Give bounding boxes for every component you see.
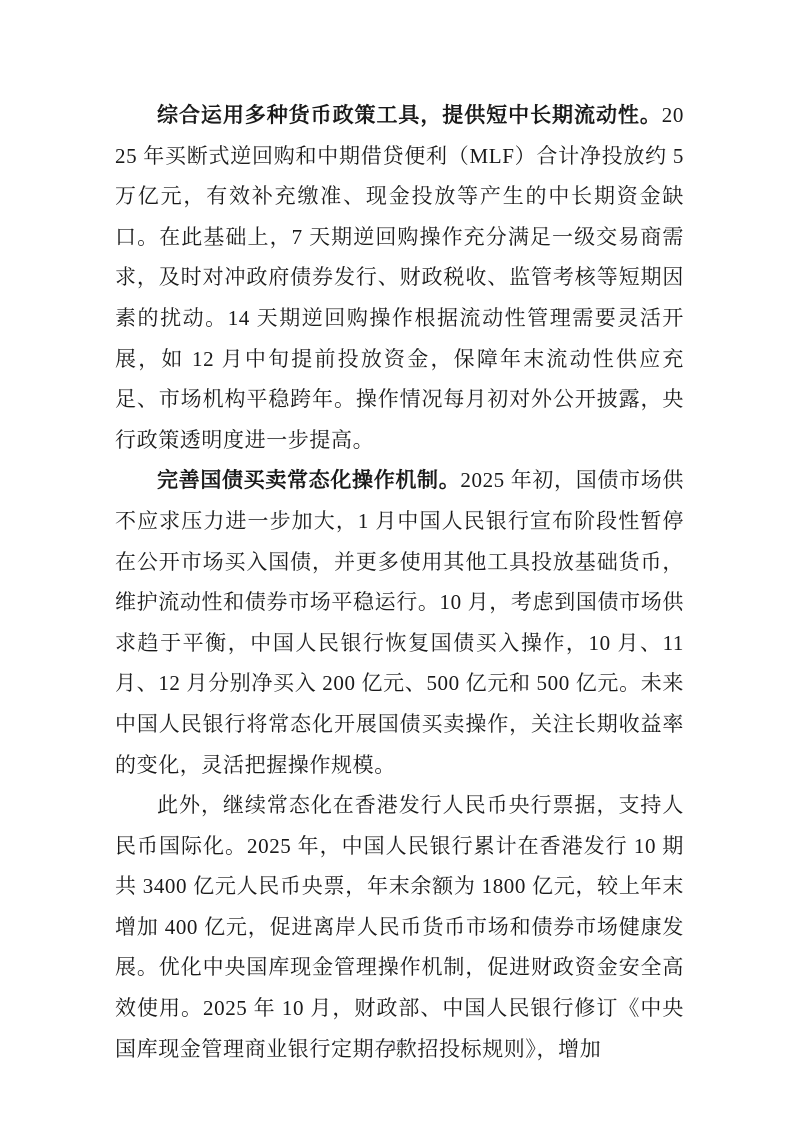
document-page: 综合运用多种货币政策工具，提供短中长期流动性。2025 年买断式逆回购和中期借贷… xyxy=(0,0,794,1123)
paragraph: 此外，继续常态化在香港发行人民币央行票据，支持人民币国际化。2025 年，中国人… xyxy=(115,785,684,1069)
paragraph-body: 此外，继续常态化在香港发行人民币央行票据，支持人民币国际化。2025 年，中国人… xyxy=(115,793,684,1061)
paragraph-body: 2025 年买断式逆回购和中期借贷便利（MLF）合计净投放约 5 万亿元，有效补… xyxy=(115,103,684,452)
paragraph: 综合运用多种货币政策工具，提供短中长期流动性。2025 年买断式逆回购和中期借贷… xyxy=(115,95,684,460)
paragraph-lead: 完善国债买卖常态化操作机制。 xyxy=(157,468,460,492)
page-body-text: 综合运用多种货币政策工具，提供短中长期流动性。2025 年买断式逆回购和中期借贷… xyxy=(115,95,684,1069)
paragraph: 完善国债买卖常态化操作机制。2025 年初，国债市场供不应求压力进一步加大，1 … xyxy=(115,460,684,785)
page-number: 10 xyxy=(0,1038,794,1054)
paragraph-lead: 综合运用多种货币政策工具，提供短中长期流动性。 xyxy=(157,103,662,127)
paragraph-body: 2025 年初，国债市场供不应求压力进一步加大，1 月中国人民银行宣布阶段性暂停… xyxy=(115,468,684,776)
